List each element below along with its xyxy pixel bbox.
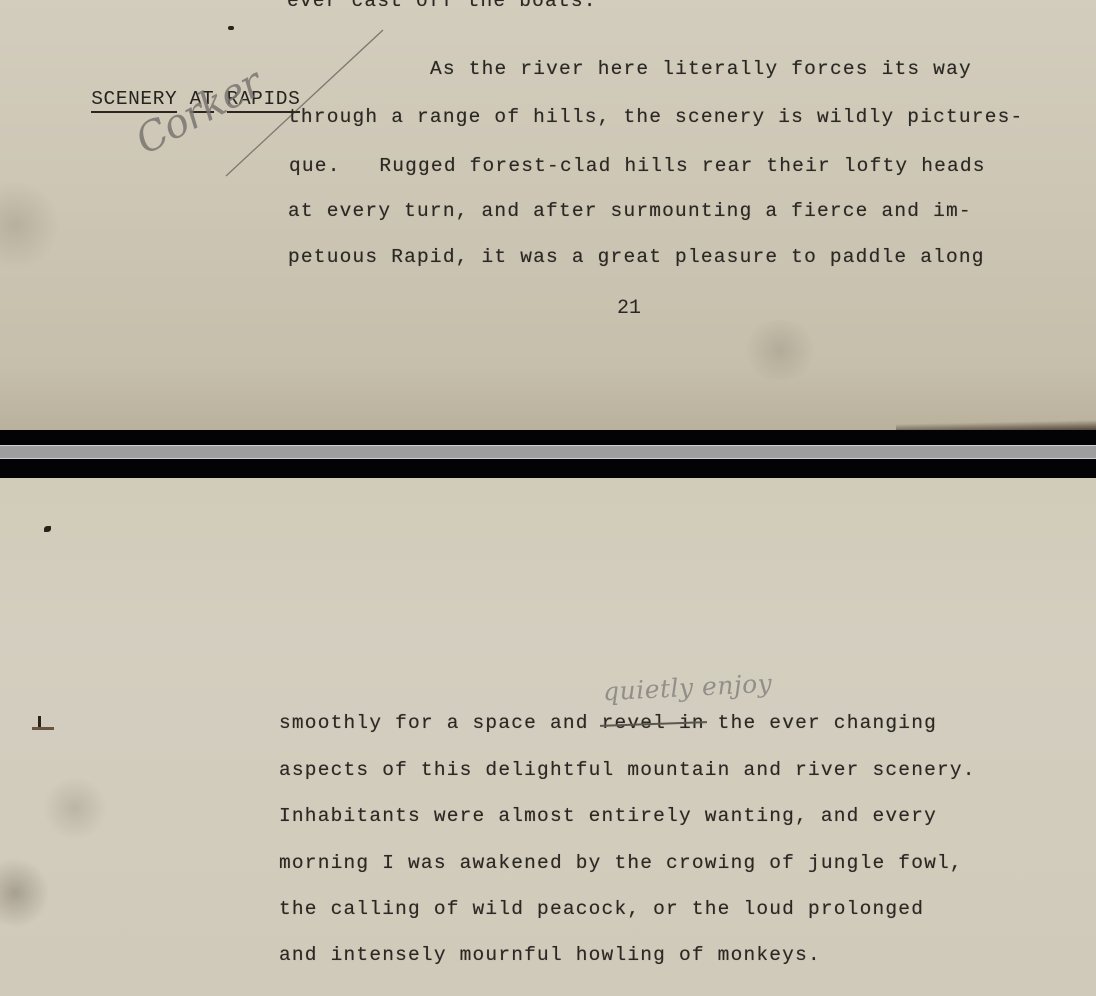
top-page-fragment: ever cast off the boats. SCENERY AT RAPI…: [0, 0, 1096, 430]
paper-speck: [228, 26, 234, 30]
text-line: morning I was awakened by the crowing of…: [279, 854, 963, 874]
text-line: smoothly for a space and revel in the ev…: [279, 714, 937, 734]
paper-smudge: [740, 320, 820, 380]
page-number: 21: [617, 297, 641, 320]
text-segment: smoothly for a space and: [279, 712, 602, 734]
paper-smudge: [0, 180, 60, 270]
text-line: and intensely mournful howling of monkey…: [279, 946, 821, 966]
paper-smudge: [40, 778, 110, 838]
text-segment: the ever changing: [705, 712, 937, 734]
text-line: que. Rugged forest-clad hills rear their…: [289, 157, 986, 177]
text-line: As the river here literally forces its w…: [430, 60, 972, 80]
text-line: aspects of this delightful mountain and …: [279, 761, 976, 781]
struck-text: revel in: [602, 712, 705, 734]
text-line: through a range of hills, the scenery is…: [288, 108, 1023, 128]
divider-black-band: [0, 430, 1096, 445]
paper-speck: [44, 526, 51, 532]
paper-speck: [38, 716, 41, 728]
text-line: the calling of wild peacock, or the loud…: [279, 900, 924, 920]
paper-speck: [32, 727, 54, 730]
paper-smudge: [0, 858, 50, 928]
previous-line-fragment: ever cast off the boats.: [287, 0, 597, 12]
divider-black-band: [0, 459, 1096, 478]
text-line: at every turn, and after surmounting a f…: [288, 202, 972, 222]
text-line: petuous Rapid, it was a great pleasure t…: [288, 248, 985, 268]
divider-gray-band: [0, 445, 1096, 459]
text-line: Inhabitants were almost entirely wanting…: [279, 807, 937, 827]
